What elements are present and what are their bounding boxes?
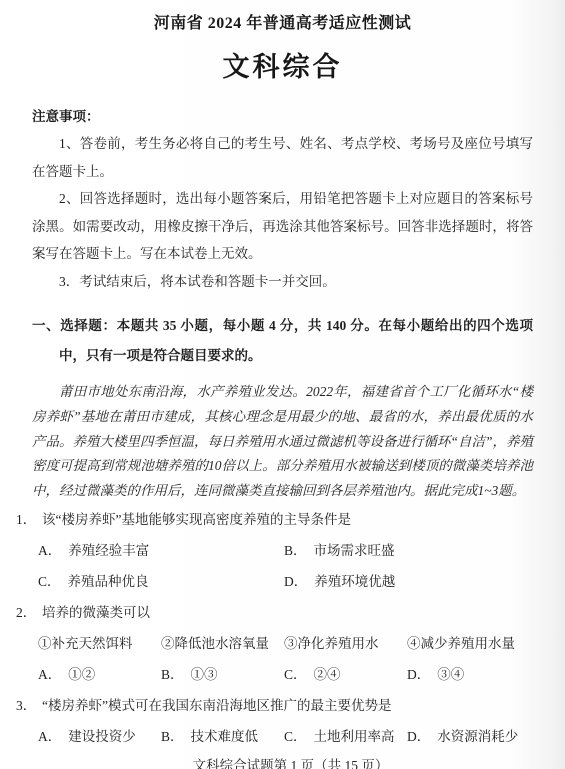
question-3-options: A．建设投资少 B．技术难度低 C．土地利用率高 D．水资源消耗少 bbox=[38, 721, 533, 752]
question-3-option-c: C．土地利用率高 bbox=[284, 721, 407, 752]
question-2: 2．培养的微藻类可以 ①补充天然饵料 ②降低池水溶氧量 ③净化养殖用水 ④减少养… bbox=[16, 597, 533, 690]
exam-title: 河南省 2024 年普通高考适应性测试 bbox=[32, 10, 533, 33]
question-2-stem: 培养的微藻类可以 bbox=[42, 605, 150, 620]
question-3-option-d: D．水资源消耗少 bbox=[407, 721, 533, 752]
question-2-sub-option-2: ②降低池水溶氧量 bbox=[161, 628, 284, 659]
question-1-option-d: D．养殖环境优越 bbox=[284, 566, 533, 597]
notice-item-3: 3．考试结束后，将本试卷和答题卡一并交回。 bbox=[32, 268, 533, 296]
question-2-option-d: D．③④ bbox=[407, 659, 533, 690]
notice-item-2: 2、回答选择题时，选出每小题答案后，用铅笔把答题卡上对应题目的答案标号涂黑。如需… bbox=[32, 185, 533, 268]
question-1-stem-row: 1．该“楼房养虾”基地能够实现高密度养殖的主导条件是 bbox=[16, 504, 533, 535]
question-1-number: 1． bbox=[16, 504, 42, 535]
question-1-option-b: B．市场需求旺盛 bbox=[284, 535, 533, 566]
question-2-option-c: C．②④ bbox=[284, 659, 407, 690]
question-1-stem: 该“楼房养虾”基地能够实现高密度养殖的主导条件是 bbox=[42, 512, 351, 527]
question-2-sub-option-1: ①补充天然饵料 bbox=[38, 628, 161, 659]
question-2-number: 2． bbox=[16, 597, 42, 628]
question-3-stem: “楼房养虾”模式可在我国东南沿海地区推广的最主要优势是 bbox=[42, 698, 391, 713]
question-1-option-c: C．养殖品种优良 bbox=[38, 566, 284, 597]
question-2-option-a: A．①② bbox=[38, 659, 161, 690]
subject-title: 文科综合 bbox=[32, 45, 533, 84]
exam-paper-page: 河南省 2024 年普通高考适应性测试 文科综合 注意事项： 1、答卷前，考生务… bbox=[0, 0, 565, 769]
question-1: 1．该“楼房养虾”基地能够实现高密度养殖的主导条件是 A．养殖经验丰富 B．市场… bbox=[16, 504, 533, 597]
question-list: 1．该“楼房养虾”基地能够实现高密度养殖的主导条件是 A．养殖经验丰富 B．市场… bbox=[16, 504, 533, 752]
question-2-stem-row: 2．培养的微藻类可以 bbox=[16, 597, 533, 628]
question-2-options: A．①② B．①③ C．②④ D．③④ bbox=[38, 659, 533, 690]
question-3-number: 3． bbox=[16, 690, 42, 721]
question-2-option-b: B．①③ bbox=[161, 659, 284, 690]
question-3-option-b: B．技术难度低 bbox=[161, 721, 284, 752]
reading-passage: 莆田市地处东南沿海，水产养殖业发达。2022年，福建省首个工厂化循环水“楼房养虾… bbox=[32, 380, 533, 504]
section-heading: 一、选择题：本题共 35 小题，每小题 4 分，共 140 分。在每小题给出的四… bbox=[32, 311, 533, 371]
question-2-sub-options: ①补充天然饵料 ②降低池水溶氧量 ③净化养殖用水 ④减少养殖用水量 bbox=[38, 628, 533, 659]
question-1-option-a: A．养殖经验丰富 bbox=[38, 535, 284, 566]
question-1-options: A．养殖经验丰富 B．市场需求旺盛 C．养殖品种优良 D．养殖环境优越 bbox=[38, 535, 533, 597]
page-footer: 文科综合试题第 1 页（共 15 页） bbox=[48, 755, 533, 769]
question-2-sub-option-4: ④减少养殖用水量 bbox=[407, 628, 533, 659]
question-2-sub-option-3: ③净化养殖用水 bbox=[284, 628, 407, 659]
question-3-stem-row: 3．“楼房养虾”模式可在我国东南沿海地区推广的最主要优势是 bbox=[16, 690, 533, 721]
notice-item-1: 1、答卷前，考生务必将自己的考生号、姓名、考点学校、考场号及座位号填写在答题卡上… bbox=[32, 130, 533, 185]
question-3-option-a: A．建设投资少 bbox=[38, 721, 161, 752]
notices-label: 注意事项： bbox=[32, 104, 533, 130]
question-3: 3．“楼房养虾”模式可在我国东南沿海地区推广的最主要优势是 A．建设投资少 B．… bbox=[16, 690, 533, 752]
